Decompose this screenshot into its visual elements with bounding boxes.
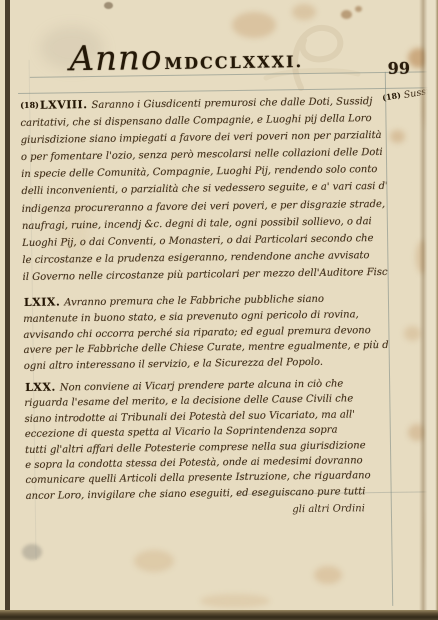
- text-line-run: Non conviene ai Vicarj prendere parte al…: [60, 379, 344, 394]
- paragraph-lxviii: (18)LXVIII.Saranno i Giusdicenti premuro…: [20, 92, 388, 286]
- page-number: 99: [388, 59, 411, 78]
- header-anno-script: Anno: [69, 38, 162, 79]
- text-line-run: Saranno i Giusdicenti premurosi che dall…: [91, 96, 372, 111]
- body-text: (18)LXVIII.Saranno i Giusdicenti premuro…: [20, 92, 391, 521]
- page-content: AnnoMDCCLXXXI. 99 (18) Sussidj (18)LXVII…: [0, 0, 438, 620]
- paragraph-lxix: LXIX.Avranno premura che le Fabbriche pu…: [23, 290, 389, 375]
- paragraph-numeral: LXX.: [25, 381, 56, 394]
- book-bottom-edge: [0, 610, 438, 620]
- paragraph-numeral: LXVIII.: [40, 98, 88, 112]
- paragraph-numeral: LXIX.: [24, 295, 60, 309]
- text-line-run: Avranno premura che le Fabbriche pubblic…: [64, 294, 324, 309]
- header-year-roman: MDCCLXXXI.: [164, 52, 303, 73]
- catchword: gli altri Ordini: [26, 502, 391, 521]
- paragraph-lxx: LXX.Non conviene ai Vicarj prendere part…: [24, 375, 391, 504]
- page-header: AnnoMDCCLXXXI.: [69, 36, 303, 79]
- manuscript-photo: AnnoMDCCLXXXI. 99 (18) Sussidj (18)LXVII…: [0, 0, 438, 620]
- book-gutter-shadow: [0, 0, 24, 620]
- page-right-edge: [419, 0, 438, 620]
- book-gutter-line: [5, 0, 10, 620]
